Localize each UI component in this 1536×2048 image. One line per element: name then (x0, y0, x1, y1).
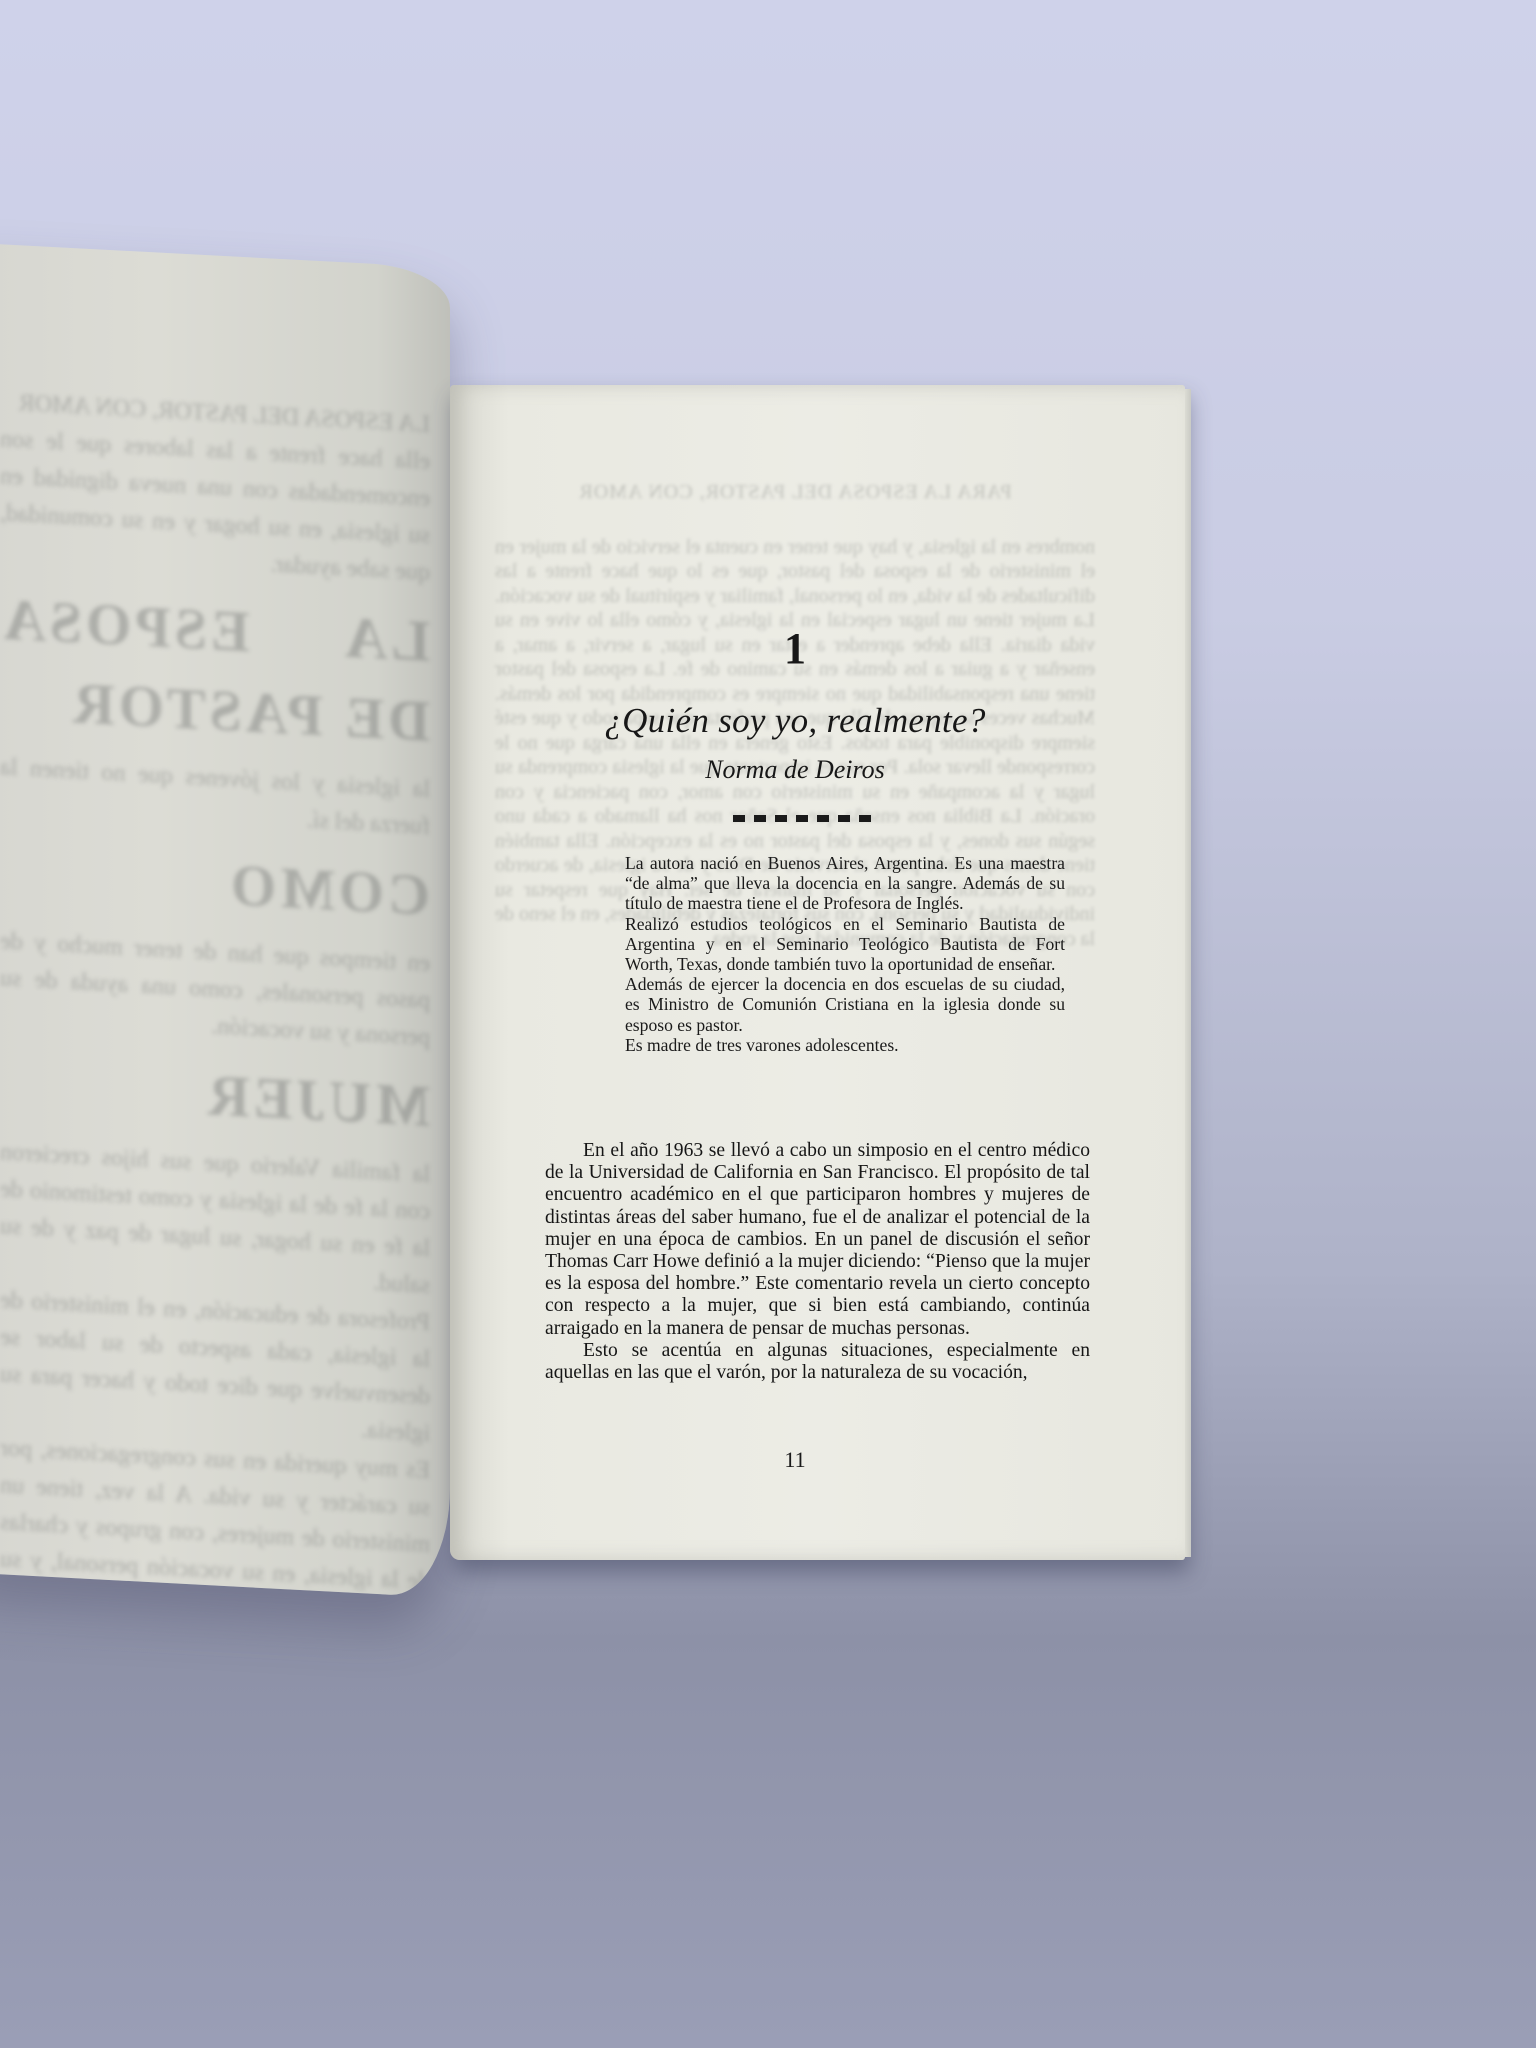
bio-paragraph: Realizó estudios teológicos en el Semina… (625, 914, 1065, 975)
author-bio: La autora nació en Buenos Aires, Argenti… (625, 853, 1065, 1055)
bio-paragraph: Es madre de tres varones adolescentes. (625, 1035, 1065, 1055)
chapter-body: En el año 1963 se llevó a cabo un simpos… (545, 1140, 1090, 1384)
page-number: 11 (495, 1447, 1095, 1473)
chapter-author: Norma de Deiros (495, 757, 1095, 783)
photo-scene: LA ESPOSA DEL PASTOR, CON AMOR ella hace… (0, 0, 1536, 2048)
bio-paragraph: La autora nació en Buenos Aires, Argenti… (625, 853, 1065, 914)
chapter-title: ¿Quién soy yo, realmente? (495, 703, 1095, 738)
body-paragraph: En el año 1963 se llevó a cabo un simpos… (545, 1140, 1090, 1340)
chapter-number: 1 (495, 627, 1095, 671)
left-bleed-title-2: COMO (0, 833, 430, 936)
dashed-rule-ornament-icon (495, 815, 1095, 822)
bio-paragraph: Además de ejercer la docencia en dos esc… (625, 974, 1065, 1035)
left-bleed-title-1: LA ESPOSA DE PASTOR (0, 579, 430, 762)
right-page: PARA LA ESPOSA DEL PASTOR, CON AMOR nomb… (450, 385, 1185, 1560)
bleed-running-header: PARA LA ESPOSA DEL PASTOR, CON AMOR (495, 480, 1095, 505)
left-page-bleed-through-text: LA ESPOSA DEL PASTOR, CON AMOR ella hace… (0, 384, 430, 1598)
left-page: LA ESPOSA DEL PASTOR, CON AMOR ella hace… (0, 242, 450, 1598)
body-paragraph: Esto se acentúa en algunas situaciones, … (545, 1340, 1090, 1384)
left-bleed-title-3: MUJER (0, 1044, 430, 1147)
